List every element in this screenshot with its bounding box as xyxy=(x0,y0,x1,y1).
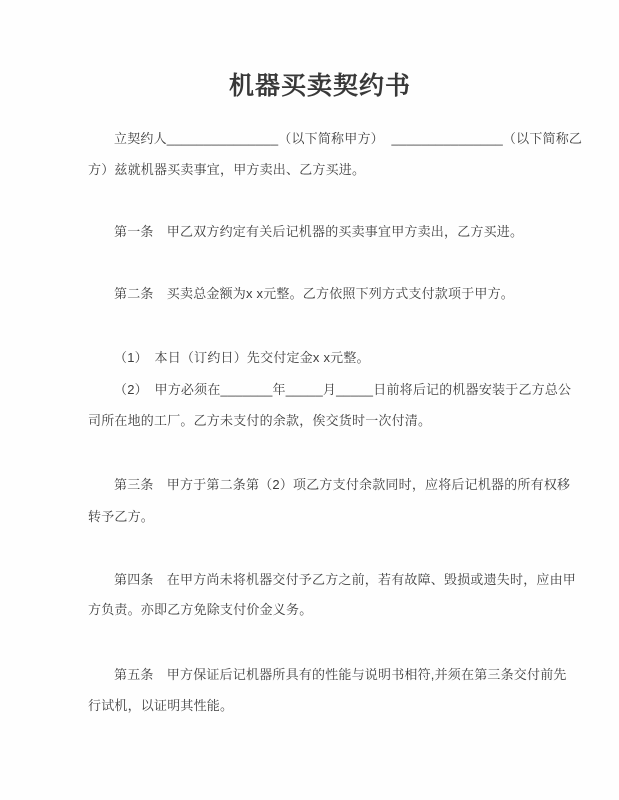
clause-1-line-1: 第一条 甲乙双方约定有关后记机器的买卖事宜甲方卖出，乙方买进。 xyxy=(114,224,523,240)
clause-2-item-2-line-2: 司所在地的工厂。乙方未支付的余款，俟交货时一次付清。 xyxy=(88,413,431,429)
preamble-line-1: 立契约人_______________（以下简称甲方） ____________… xyxy=(114,131,582,147)
clause-5-line-2: 行试机，以证明其性能。 xyxy=(88,698,233,714)
clause-3-line-2: 转予乙方。 xyxy=(88,509,154,525)
document-title: 机器买卖契约书 xyxy=(88,66,552,102)
clause-3-line-1: 第三条 甲方于第二条第（2）项乙方支付余款同时，应将后记机器的所有权移 xyxy=(114,477,570,493)
clause-4-line-2: 方负责。亦即乙方免除支付价金义务。 xyxy=(88,602,312,618)
clause-2-line-1: 第二条 买卖总金额为x x元整。乙方依照下列方式支付款项于甲方。 xyxy=(114,286,514,302)
clause-2-item-2-line-1: （2） 甲方必须在_______年_____月_____日前将后记的机器安装于乙… xyxy=(114,382,571,398)
clause-5-line-1: 第五条 甲方保证后记机器所具有的性能与说明书相符,并须在第三条交付前先 xyxy=(114,667,567,683)
preamble-line-2: 方）兹就机器买卖事宜，甲方卖出、乙方买进。 xyxy=(88,162,365,178)
clause-4-line-1: 第四条 在甲方尚未将机器交付予乙方之前，若有故障、毁损或遗失时，应由甲 xyxy=(114,572,576,588)
clause-2-item-1-line-1: （1） 本日（订约日）先交付定金x x元整。 xyxy=(114,350,370,366)
contract-page: 机器买卖契约书 立契约人_______________（以下简称甲方） ____… xyxy=(0,0,619,800)
